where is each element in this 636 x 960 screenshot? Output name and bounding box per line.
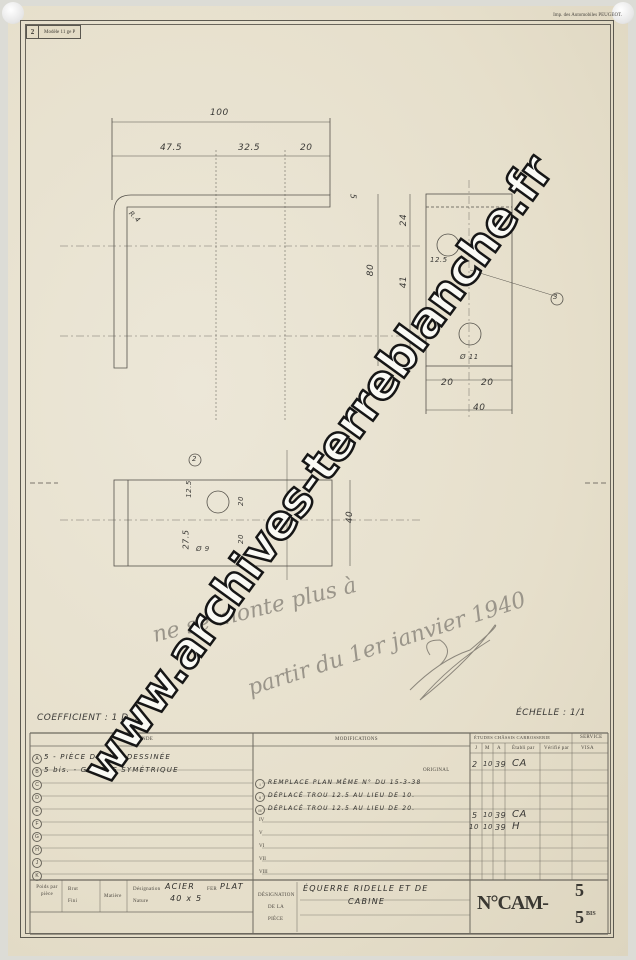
study-row-2-month: 10 (483, 811, 493, 819)
col-a: A (497, 746, 501, 751)
studies-title: ÉTUDES CHÂSSIS CARROSSERIE (474, 735, 550, 740)
col-visa: VISA (581, 746, 594, 751)
part-name-line2: CABINE (348, 897, 385, 906)
study-row-1-by: CA (512, 758, 527, 769)
mod-marker-1: I (255, 779, 265, 789)
study-row-3-by: H (512, 821, 520, 832)
part-name-line1: ÉQUERRE RIDELLE ET DE (303, 884, 429, 893)
mod-row-1: REMPLACE PLAN MÊME N° DU 15-3-38 (268, 779, 422, 786)
nature-value: 40 x 5 (170, 894, 202, 903)
matiere-label: Matière (104, 894, 122, 899)
col-j: J (475, 746, 477, 751)
legend-marker-a: A (32, 754, 42, 764)
part-designation-label-3: PIÈCE (268, 917, 283, 922)
study-row-2-year: 39 (495, 811, 506, 820)
mod-row-6-num: VI (259, 844, 264, 849)
part-designation-label-2: DE LA (268, 905, 284, 910)
study-row-1-day: 2 (472, 760, 478, 769)
study-row-3-year: 39 (495, 823, 506, 832)
mod-row-3: DÉPLACÉ TROU 12.5 AU LIEU DE 20. (268, 805, 415, 812)
legend-marker-c: C (32, 780, 42, 790)
legend-marker-g: G (32, 832, 42, 842)
profile-prefix: FER (207, 887, 217, 892)
mod-row-7-num: VII (259, 857, 266, 862)
mod-marker-2: II (255, 792, 265, 802)
col-verifie: Vérifié par (544, 746, 569, 751)
mod-row-2: DÉPLACÉ TROU 12.5 AU LIEU DE 10. (268, 792, 415, 799)
profile-value: PLAT (220, 882, 244, 891)
poids-label: Poids par pièce (34, 884, 60, 898)
study-row-3-month: 10 (483, 823, 493, 831)
col-etabli: Établi par (512, 746, 535, 751)
legend-marker-d: D (32, 793, 42, 803)
part-number-suffix: BIS (586, 911, 596, 917)
mod-row-8-num: VIII (259, 870, 268, 875)
study-row-1-month: 10 (483, 760, 493, 768)
nature-label: Nature (133, 899, 148, 904)
fini-label: Fini (68, 899, 77, 904)
designation-value: ACIER (165, 882, 195, 891)
study-row-2-day: 5 (472, 811, 478, 820)
mod-row-5-num: V (259, 831, 263, 836)
study-row-3-day: 10 (469, 823, 479, 831)
designation-label: Désignation (133, 887, 160, 892)
study-row-2-by: CA (512, 809, 527, 820)
legend-marker-j: J (32, 858, 42, 868)
part-number-top: 5 (575, 880, 584, 901)
legend-marker-h: H (32, 845, 42, 855)
study-row-1-year: 39 (495, 760, 506, 769)
legend-marker-e: E (32, 806, 42, 816)
legend-marker-b: B (32, 767, 42, 777)
part-designation-label: DÉSIGNATION (258, 893, 295, 898)
col-m: M (485, 746, 490, 751)
brut-label: Brut (68, 887, 78, 892)
part-number-prefix: N°CAM- (477, 892, 548, 915)
part-number-bottom: 5 (575, 907, 584, 928)
mod-row-4-num: IV (259, 818, 264, 823)
legend-marker-f: F (32, 819, 42, 829)
mod-marker-3: III (255, 805, 265, 815)
modifications-title: MODIFICATIONS (335, 737, 378, 742)
original-label: ORIGINAL (423, 768, 450, 773)
service-title: SERVICE (580, 735, 603, 740)
legend-marker-k: K (32, 871, 42, 881)
